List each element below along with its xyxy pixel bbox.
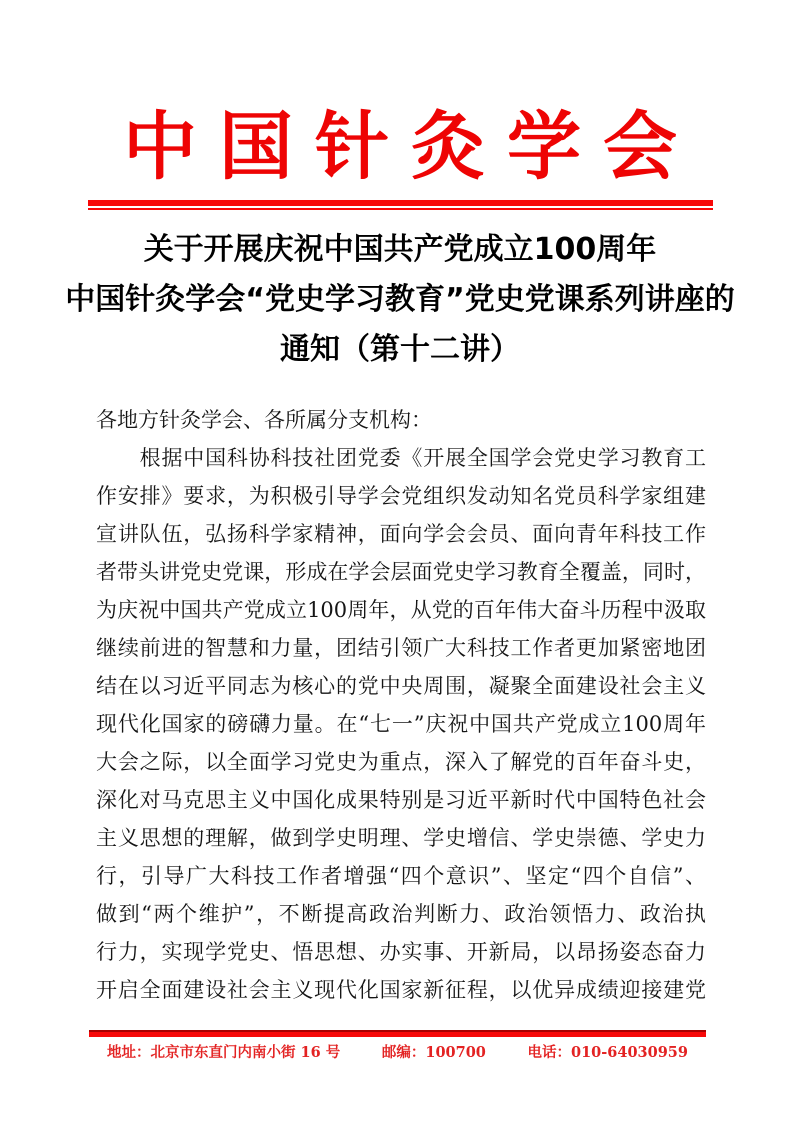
notice-title-line-1: 关于开展庆祝中国共产党成立100周年 — [0, 225, 800, 275]
body-line: 作安排》要求，为积极引导学会党组织发动知名党员科学家组建 — [96, 477, 706, 515]
footer-postcode-value: 100700 — [425, 1044, 486, 1061]
body-line: 现代化国家的磅礴力量。在“七一”庆祝中国共产党成立100周年 — [96, 705, 706, 743]
footer-postcode: 邮编：100700 — [382, 1041, 486, 1062]
notice-title-line-3: 通知（第十二讲） — [0, 325, 800, 375]
body-line: 深化对马克思主义中国化成果特别是习近平新时代中国特色社会 — [96, 781, 706, 819]
footer-rule — [89, 1030, 706, 1037]
letterhead-org-name: 中国针灸学会 — [0, 0, 800, 197]
letterhead-rule-thin — [88, 208, 713, 210]
body-line: 宣讲队伍，弘扬科学家精神，面向学会会员、面向青年科技工作 — [96, 515, 706, 553]
body-line: 大会之际，以全面学习党史为重点，深入了解党的百年奋斗史， — [96, 743, 706, 781]
body-line: 开启全面建设社会主义现代化国家新征程，以优异成绩迎接建党 — [96, 971, 706, 1009]
footer-phone-value: 010-64030959 — [571, 1044, 688, 1061]
footer-address: 地址：北京市东直门内南小街 16 号 — [107, 1041, 340, 1062]
footer-address-value: 北京市东直门内南小街 16 号 — [151, 1044, 341, 1061]
body-line: 结在以习近平同志为核心的党中央周围，凝聚全面建设社会主义 — [96, 667, 706, 705]
footer-phone-label: 电话： — [527, 1044, 571, 1061]
letterhead-rule-thick — [88, 200, 713, 206]
body-line: 为庆祝中国共产党成立100周年，从党的百年伟大奋斗历程中汲取 — [96, 591, 706, 629]
body-line: 者带头讲党史党课，形成在学会层面党史学习教育全覆盖，同时， — [96, 553, 706, 591]
footer-address-label: 地址： — [107, 1044, 151, 1061]
body-salutation: 各地方针灸学会、各所属分支机构： — [96, 401, 706, 439]
body-line: 根据中国科协科技社团党委《开展全国学会党史学习教育工 — [96, 439, 706, 477]
body-line: 主义思想的理解，做到学史明理、学史增信、学史崇德、学史力 — [96, 819, 706, 857]
footer-contact-row: 地址：北京市东直门内南小街 16 号 邮编：100700 电话：010-6403… — [89, 1037, 706, 1062]
body-line: 行力，实现学党史、悟思想、办实事、开新局，以昂扬姿态奋力 — [96, 933, 706, 971]
body-line: 行，引导广大科技工作者增强“四个意识”、坚定“四个自信”、 — [96, 857, 706, 895]
footer-postcode-label: 邮编： — [382, 1044, 426, 1061]
footer: 地址：北京市东直门内南小街 16 号 邮编：100700 电话：010-6403… — [89, 1030, 706, 1062]
notice-body: 各地方针灸学会、各所属分支机构： 根据中国科协科技社团党委《开展全国学会党史学习… — [96, 401, 706, 1009]
notice-title-line-2: 中国针灸学会“党史学习教育”党史党课系列讲座的 — [0, 275, 800, 325]
body-line: 做到“两个维护”，不断提高政治判断力、政治领悟力、政治执 — [96, 895, 706, 933]
body-line: 继续前进的智慧和力量，团结引领广大科技工作者更加紧密地团 — [96, 629, 706, 667]
notice-title: 关于开展庆祝中国共产党成立100周年 中国针灸学会“党史学习教育”党史党课系列讲… — [0, 225, 800, 375]
notice-document-page: 中国针灸学会 关于开展庆祝中国共产党成立100周年 中国针灸学会“党史学习教育”… — [0, 0, 800, 1131]
footer-phone: 电话：010-64030959 — [527, 1041, 688, 1062]
